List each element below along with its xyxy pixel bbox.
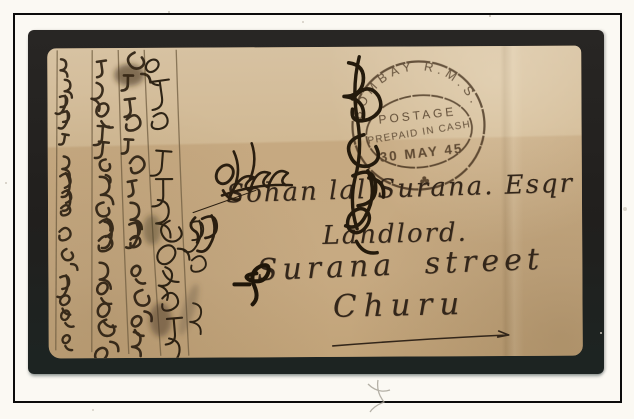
address-line-town: Churu [332,286,466,325]
postal-cover: BOMBAY R.M.S. POSTAGE PREPAID IN CASH 30… [47,46,583,359]
dust-specks [0,0,2,2]
black-mount-card: BOMBAY R.M.S. POSTAGE PREPAID IN CASH 30… [28,30,604,374]
scanned-photo-page: BOMBAY R.M.S. POSTAGE PREPAID IN CASH 30… [0,0,634,419]
address-line-recipient: Sohan lal Surana. Esqr [226,169,575,210]
address-block: Sohan lal Surana. Esqr Landlord. Surana … [47,46,583,359]
address-line-street: Surana street [256,242,544,288]
